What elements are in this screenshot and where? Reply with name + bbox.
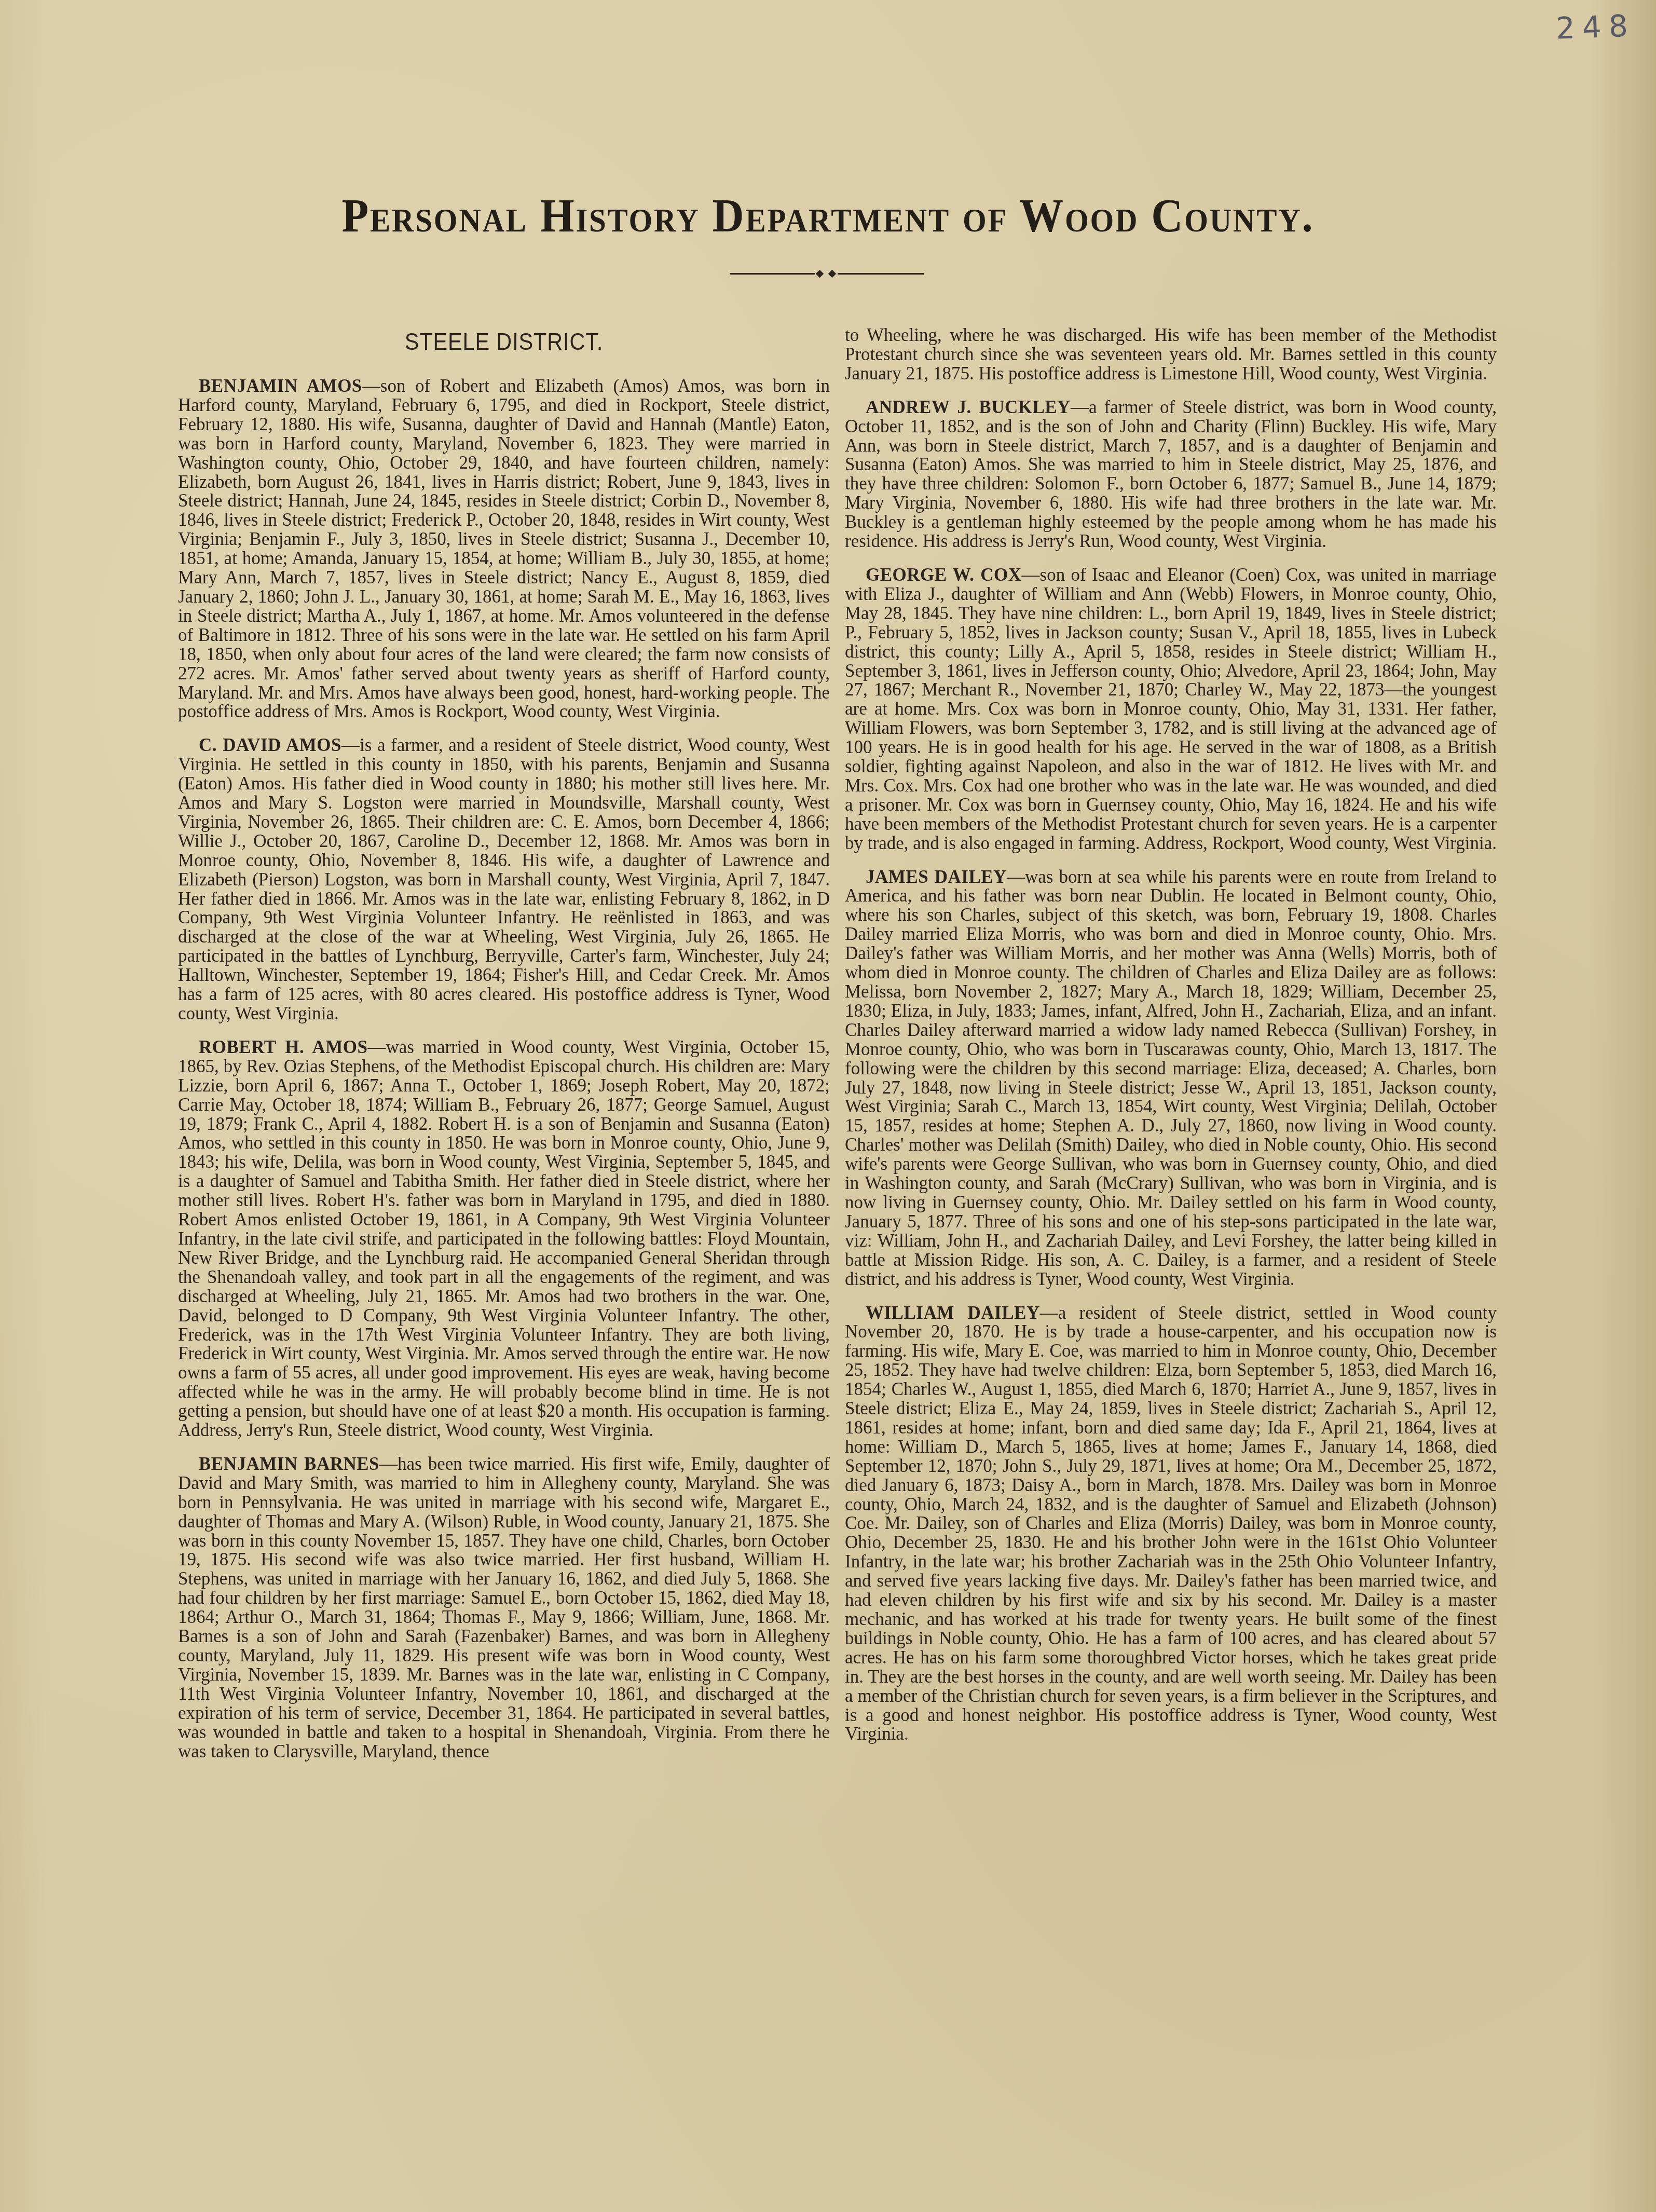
biography-entry: ANDREW J. BUCKLEY—a farmer of Steele dis…: [845, 398, 1497, 551]
entry-name: JAMES DAILEY: [866, 867, 1007, 887]
biography-entry: WILLIAM DAILEY—a resident of Steele dist…: [845, 1304, 1497, 1744]
biography-entry: BENJAMIN BARNES—has been twice married. …: [178, 1455, 830, 1762]
biography-entry: BENJAMIN AMOS—son of Robert and Elizabet…: [178, 377, 830, 721]
page-title: Personal History Department of Wood Coun…: [66, 188, 1590, 243]
entry-text: —was born at sea while his parents were …: [845, 867, 1497, 1289]
entry-text: —a farmer of Steele district, was born i…: [845, 397, 1497, 551]
entry-name: ANDREW J. BUCKLEY: [866, 397, 1071, 417]
biography-entry: JAMES DAILEY—was born at sea while his p…: [845, 868, 1497, 1289]
section-heading: STEELE DISTRICT.: [211, 326, 797, 357]
divider-line-right: [838, 273, 924, 275]
entry-name: C. DAVID AMOS: [199, 735, 341, 755]
diamond-ornament-icon: [816, 270, 824, 278]
entry-name: ROBERT H. AMOS: [199, 1037, 368, 1057]
biography-entry: C. DAVID AMOS—is a farmer, and a residen…: [178, 736, 830, 1023]
entry-name: BENJAMIN AMOS: [199, 376, 362, 396]
entry-name: BENJAMIN BARNES: [199, 1454, 379, 1474]
entry-text: —son of Robert and Elizabeth (Amos) Amos…: [178, 376, 830, 721]
divider-line-left: [730, 273, 815, 275]
entry-text: —is a farmer, and a resident of Steele d…: [178, 735, 830, 1023]
entry-name: WILLIAM DAILEY: [866, 1303, 1040, 1323]
left-column: STEELE DISTRICT. BENJAMIN AMOS—son of Ro…: [178, 326, 830, 1776]
entry-text: —was married in Wood county, West Virgin…: [178, 1037, 830, 1440]
diamond-ornament-icon: [828, 270, 837, 278]
biography-entry-continuation: to Wheeling, where he was discharged. Hi…: [845, 326, 1497, 384]
title-ornament-divider: [730, 271, 924, 276]
handwritten-page-number: 248: [1555, 8, 1636, 46]
entry-text: —a resident of Steele district, settled …: [845, 1303, 1497, 1744]
entry-text: —son of Isaac and Eleanor (Coen) Cox, wa…: [845, 565, 1497, 853]
entry-text: —has been twice married. His first wife,…: [178, 1454, 830, 1762]
biography-entry: GEORGE W. COX—son of Isaac and Eleanor (…: [845, 566, 1497, 853]
entry-name: GEORGE W. COX: [866, 565, 1022, 585]
biography-entry: ROBERT H. AMOS—was married in Wood count…: [178, 1038, 830, 1440]
right-column: to Wheeling, where he was discharged. Hi…: [845, 326, 1497, 1758]
entry-text: to Wheeling, where he was discharged. Hi…: [845, 325, 1497, 384]
